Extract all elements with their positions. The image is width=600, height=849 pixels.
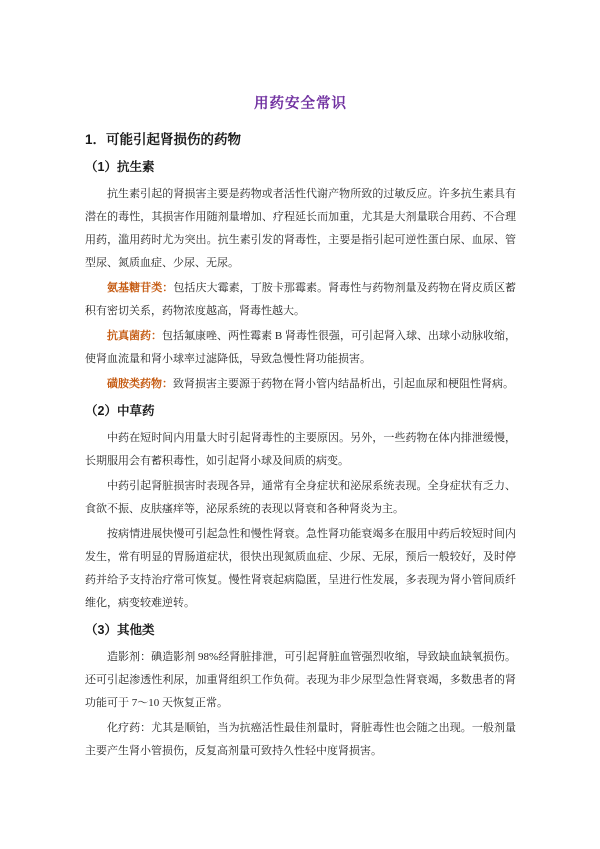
document-page: 用药安全常识 1．可能引起肾损伤的药物 （1）抗生素 抗生素引起的肾损害主要是药… [0, 0, 600, 849]
paragraph-text: 中药在短时间内用量大时引起肾毒性的主要原因。另外，一些药物在体内排泄缓慢，长期服… [85, 432, 516, 467]
paragraph: 磺胺类药物：致肾损害主要源于药物在肾小管内结晶析出，引起血尿和梗阻性肾病。 [85, 373, 516, 396]
paragraph: 抗生素引起的肾损害主要是药物或者活性代谢产物所致的过敏反应。许多抗生素具有潜在的… [85, 183, 516, 275]
paragraph-text: 中药引起肾脏损害时表现各异，通常有全身症状和泌尿系统表现。全身症状有乏力、食欲不… [85, 480, 516, 515]
paragraph: 中药在短时间内用量大时引起肾毒性的主要原因。另外，一些药物在体内排泄缓慢，长期服… [85, 427, 516, 473]
paragraph: 化疗药：尤其是顺铂，当为抗癌活性最佳剂量时，肾脏毒性也会随之出现。一般剂量主要产… [85, 717, 516, 763]
subsection-heading-herbal: （2）中草药 [85, 401, 516, 419]
paragraph: 抗真菌药：包括氟康唑、两性霉素 B 肾毒性很强，可引起肾入球、出球小动脉收缩，使… [85, 325, 516, 371]
subsection-heading-antibiotics: （1）抗生素 [85, 157, 516, 175]
subsection-heading-others: （3）其他类 [85, 620, 516, 638]
document-title: 用药安全常识 [85, 92, 516, 113]
paragraph-text: 致肾损害主要源于药物在肾小管内结晶析出，引起血尿和梗阻性肾病。 [173, 378, 514, 390]
term-aminoglycosides: 氨基糖苷类： [107, 282, 173, 294]
paragraph: 造影剂：碘造影剂 98%经肾脏排泄，可引起肾脏血管强烈收缩，导致缺血缺氧损伤。还… [85, 646, 516, 715]
term-antifungals: 抗真菌药： [107, 330, 162, 342]
term-contrast-agent: 造影剂： [107, 651, 151, 663]
paragraph: 中药引起肾脏损害时表现各异，通常有全身症状和泌尿系统表现。全身症状有乏力、食欲不… [85, 475, 516, 521]
section-heading-1: 1．可能引起肾损伤的药物 [85, 128, 516, 148]
paragraph-text: 抗生素引起的肾损害主要是药物或者活性代谢产物所致的过敏反应。许多抗生素具有潜在的… [85, 188, 516, 269]
paragraph-text: 按病情进展快慢可引起急性和慢性肾衰。急性肾功能衰竭多在服用中药后较短时间内发生，… [85, 528, 516, 609]
term-chemotherapy: 化疗药： [107, 722, 151, 734]
paragraph: 氨基糖苷类：包括庆大霉素，丁胺卡那霉素。肾毒性与药物剂量及药物在肾皮质区蓄积有密… [85, 277, 516, 323]
term-sulfonamides: 磺胺类药物： [107, 378, 173, 390]
paragraph: 按病情进展快慢可引起急性和慢性肾衰。急性肾功能衰竭多在服用中药后较短时间内发生，… [85, 523, 516, 615]
